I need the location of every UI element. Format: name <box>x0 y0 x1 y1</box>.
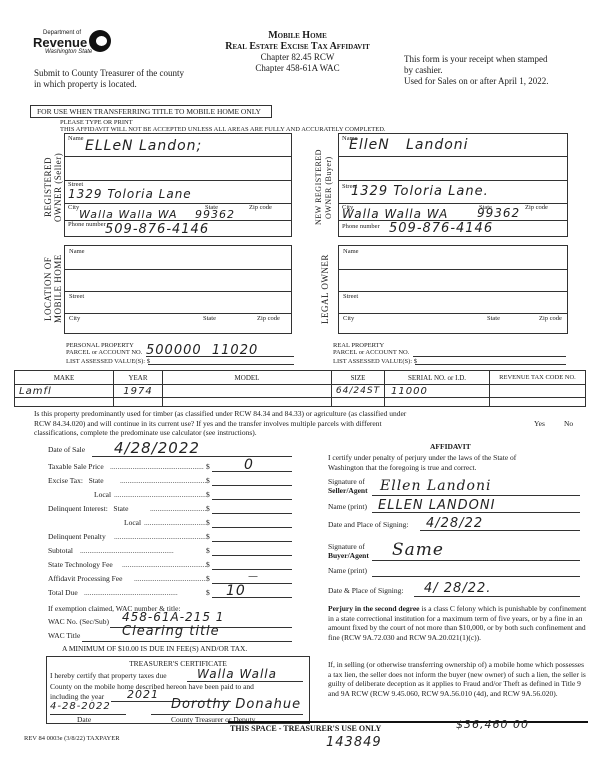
table-row: Lamfl 1974 64/24ST 11000 <box>15 385 586 398</box>
treasurer-receipt-number: 143849 <box>326 735 382 750</box>
date-of-sale-label: Date of Sale <box>48 445 85 454</box>
total-due-row: Total Due...............................… <box>48 588 294 602</box>
real-assessed-field[interactable] <box>415 364 566 365</box>
seller-name-label: Name <box>68 135 84 142</box>
make-cell[interactable] <box>15 398 114 407</box>
mobile-home-only-banner: FOR USE WHEN TRANSFERRING TITLE TO MOBIL… <box>30 105 272 118</box>
location-street-label: Street <box>69 293 84 300</box>
form-title-block: Mobile Home Real Estate Excise Tax Affid… <box>200 30 395 74</box>
form-id-footer: REV 84 0003e (3/8/22) TAXPAYER <box>24 735 120 742</box>
completion-warning: THIS AFFIDAVIT WILL NOT BE ACCEPTED UNLE… <box>60 126 386 133</box>
tax-code-cell[interactable] <box>490 398 586 407</box>
dor-logo: Department of Revenue Washington State <box>33 30 113 60</box>
dollar-sign: $ <box>206 476 210 485</box>
dollar-sign: $ <box>206 504 210 513</box>
row-label: Delinquent Interest: State <box>48 504 128 513</box>
row-label: Local <box>48 518 141 527</box>
delinquent-interest-local-field[interactable] <box>212 527 292 528</box>
mobile-home-table: MAKE YEAR MODEL SIZE SERIAL NO. or I.D. … <box>14 370 586 407</box>
tax-lien-warning: If, in selling (or otherwise transferrin… <box>328 660 588 698</box>
timber-yes-option[interactable]: Yes <box>534 419 545 428</box>
dollar-sign: $ <box>206 546 210 555</box>
column-header-make: MAKE <box>15 371 114 385</box>
legal-owner-box: Name Street City State Zip code <box>338 245 568 334</box>
seller-city-field[interactable]: Walla Walla WA <box>79 208 178 221</box>
treasurer-year-field[interactable]: 2021 <box>127 688 159 701</box>
affidavit-processing-fee-row: Affidavit Processing Fee................… <box>48 574 294 588</box>
buyer-zip-label: Zip code <box>525 204 548 211</box>
table-row <box>15 398 586 407</box>
timber-question-line: Is this property predominantly used for … <box>34 409 484 419</box>
row-label: Total Due <box>48 588 78 597</box>
tax-calc-list: Taxable Sale Price......................… <box>48 462 294 602</box>
timber-question-line: RCW 84.34.020) and will continue in its … <box>34 419 484 429</box>
submit-note-line: in which property is located. <box>34 79 184 90</box>
column-header-size: SIZE <box>332 371 385 385</box>
buyer-phone-field[interactable]: 509-876-4146 <box>389 221 493 236</box>
treasurer-line: I hereby certify that property taxes due <box>50 671 167 680</box>
seller-phone-field[interactable]: 509-876-4146 <box>105 222 209 237</box>
banner-text: FOR USE WHEN TRANSFERRING TITLE TO MOBIL… <box>37 107 261 116</box>
size-cell[interactable]: 64/24ST <box>332 385 385 398</box>
logo-line-state: Washington State <box>45 49 92 55</box>
dollar-sign: $ <box>206 532 210 541</box>
wac-no-field[interactable]: 458-61A-215 1 <box>122 610 224 624</box>
label-line: Signature of <box>328 542 369 551</box>
affidavit-processing-fee-field[interactable]: — <box>248 571 259 582</box>
buyer-section-label: NEW REGISTERED OWNER (Buyer) <box>314 140 334 235</box>
treasurer-use-label: THIS SPACE - TREASURER'S USE ONLY <box>230 724 381 733</box>
row-label: Local <box>48 490 111 499</box>
seller-phone-label: Phone number <box>68 221 106 228</box>
timber-question: Is this property predominantly used for … <box>34 409 484 438</box>
form-title: Mobile Home <box>200 30 395 41</box>
taxable-sale-price-row: Taxable Sale Price......................… <box>48 462 294 476</box>
seller-name-print-field[interactable]: ELLEN LANDONI <box>378 498 495 513</box>
subtotal-row: Subtotal................................… <box>48 546 294 560</box>
chapter-wac: Chapter 458-61A WAC <box>200 63 395 74</box>
label-line: Seller/Agent <box>328 486 368 495</box>
seller-date-place-field[interactable]: 4/28/22 <box>426 516 483 531</box>
buyer-phone-label: Phone number <box>342 223 380 230</box>
treasurer-use-divider <box>228 721 588 723</box>
excise-tax-local-field[interactable] <box>212 499 292 500</box>
location-zip-label: Zip code <box>257 315 280 322</box>
delinquent-interest-local-row: Local...................................… <box>48 518 294 532</box>
treasurer-certificate-box: TREASURER'S CERTIFICATE I hereby certify… <box>46 656 310 724</box>
state-technology-fee-field[interactable] <box>212 569 292 570</box>
taxable-sale-price-field[interactable]: 0 <box>244 457 254 473</box>
affidavit-statement-line: I certify under penalty of perjury under… <box>328 453 516 463</box>
receipt-note-line: This form is your receipt when stamped <box>404 54 548 65</box>
real-property-block: REAL PROPERTY PARCEL or ACCOUNT NO. LIST… <box>333 342 568 365</box>
excise-tax-state-field[interactable] <box>212 485 292 486</box>
receipt-note-line: Used for Sales on or after April 1, 2022… <box>404 76 548 87</box>
location-box: Name Street City State Zip code <box>64 245 292 334</box>
legal-owner-city-label: City <box>343 315 354 322</box>
buyer-name-field[interactable]: ElleN Landoni <box>349 137 469 153</box>
wac-no-label: WAC No. (Sec/Sub) <box>48 617 109 626</box>
buyer-street-field[interactable]: 1329 Toloria Lane. <box>351 184 489 199</box>
seller-name-field[interactable]: ELLeN Landon; <box>85 138 202 154</box>
perjury-warning: Perjury in the second degree is a class … <box>328 604 588 642</box>
treasurer-date-label: Date <box>77 715 91 724</box>
row-label: Excise Tax: State <box>48 476 104 485</box>
seller-name-print-label: Name (print) <box>328 502 367 511</box>
row-label: Subtotal <box>48 546 73 555</box>
legal-owner-name-label: Name <box>343 248 359 255</box>
type-or-print-note: PLEASE TYPE OR PRINT <box>60 119 133 126</box>
form-subtitle: Real Estate Excise Tax Affidavit <box>200 41 395 52</box>
timber-no-option[interactable]: No <box>564 419 573 428</box>
location-city-label: City <box>69 315 80 322</box>
treasurer-date-field[interactable]: 4-28-2022 <box>50 701 111 712</box>
legal-owner-section-label: LEGAL OWNER <box>320 245 330 333</box>
treasurer-amount: $36,460 00 <box>456 718 529 731</box>
wac-title-field[interactable]: Clearing title <box>122 624 220 639</box>
affidavit-title: AFFIDAVIT <box>430 442 471 451</box>
size-cell[interactable] <box>332 398 385 407</box>
date-of-sale-field[interactable]: 4/28/2022 <box>114 439 200 457</box>
section-label-line: NEW REGISTERED <box>314 150 323 226</box>
submit-note-line: Submit to County Treasurer of the county <box>34 68 184 79</box>
affidavit-statement-line: Washington that the foregoing is true an… <box>328 463 516 473</box>
delinquent-penalty-field[interactable] <box>212 541 292 542</box>
dollar-sign: $ <box>206 462 210 471</box>
buyer-city-field[interactable]: Walla Walla WA <box>342 207 448 221</box>
location-state-label: State <box>203 315 216 322</box>
dollar-sign: $ <box>206 560 210 569</box>
section-label-line: OWNER (Seller) <box>53 153 63 222</box>
excise-tax-state-row: Excise Tax: State.......................… <box>48 476 294 490</box>
serial-cell[interactable] <box>385 398 490 407</box>
tax-code-cell[interactable] <box>490 385 586 398</box>
real-property-label: REAL PROPERTY <box>333 342 568 349</box>
section-label-line: LOCATION OF <box>43 257 53 321</box>
table-header-row: MAKE YEAR MODEL SIZE SERIAL NO. or I.D. … <box>15 371 586 385</box>
make-cell[interactable]: Lamfl <box>15 385 114 398</box>
buyer-signature-field[interactable]: Same <box>392 540 444 560</box>
subtotal-field[interactable] <box>212 555 292 556</box>
column-header-model: MODEL <box>163 371 332 385</box>
real-parcel-label: PARCEL or ACCOUNT NO. <box>333 349 568 356</box>
submit-note: Submit to County Treasurer of the county… <box>34 68 184 90</box>
model-cell[interactable] <box>163 398 332 407</box>
excise-tax-local-row: Local...................................… <box>48 490 294 504</box>
personal-property-block: PERSONAL PROPERTY PARCEL or ACCOUNT NO. … <box>66 342 296 365</box>
timber-question-line: classifications, complete the predominat… <box>34 428 484 438</box>
seller-signature-label: Signature of Seller/Agent <box>328 477 368 495</box>
perjury-warning-bold: Perjury in the second degree <box>328 604 420 613</box>
receipt-note-line: by cashier. <box>404 65 548 76</box>
section-label-line: MOBILE HOME <box>53 255 63 324</box>
personal-parcel-field[interactable]: 500000 11020 <box>146 343 258 358</box>
buyer-date-place-field[interactable]: 4/ 28/22. <box>424 581 491 596</box>
legal-owner-zip-label: Zip code <box>539 315 562 322</box>
seller-box: Name ELLeN Landon; Street 1329 Toloria L… <box>64 133 292 237</box>
section-label-line: LEGAL OWNER <box>320 254 330 324</box>
minimum-due-note: A MINIMUM OF $10.00 IS DUE IN FEE(S) AND… <box>62 644 247 653</box>
row-label: Affidavit Processing Fee <box>48 574 122 583</box>
buyer-zip-field[interactable]: 99362 <box>477 206 520 220</box>
wac-title-label: WAC Title <box>48 631 80 640</box>
dor-swirl-icon <box>89 30 111 52</box>
dollar-sign: $ <box>206 588 210 597</box>
location-name-field[interactable] <box>95 248 285 268</box>
column-header-tax-code: REVENUE TAX CODE NO. <box>490 371 586 385</box>
buyer-name-print-label: Name (print) <box>328 566 367 575</box>
affidavit-statement: I certify under penalty of perjury under… <box>328 453 516 473</box>
logo-line-revenue: Revenue <box>33 36 87 49</box>
label-line: Signature of <box>328 477 368 486</box>
seller-city-label: City <box>68 204 79 211</box>
seller-zip-field[interactable]: 99362 <box>195 208 235 221</box>
column-header-serial: SERIAL NO. or I.D. <box>385 371 490 385</box>
seller-zip-label: Zip code <box>249 204 272 211</box>
location-street-field[interactable] <box>95 293 285 311</box>
total-due-field[interactable]: 10 <box>226 583 246 599</box>
treasurer-county-field[interactable]: Walla Walla <box>197 667 277 681</box>
seller-section-label: REGISTERED OWNER (Seller) <box>43 140 63 235</box>
row-label: Delinquent Penalty <box>48 532 106 541</box>
treasurer-line: including the year <box>50 692 104 701</box>
real-parcel-field[interactable] <box>413 356 566 357</box>
location-name-label: Name <box>69 248 85 255</box>
delinquent-interest-state-row: Delinquent Interest: State..............… <box>48 504 294 518</box>
label-line: Buyer/Agent <box>328 551 369 560</box>
location-section-label: LOCATION OF MOBILE HOME <box>43 245 63 333</box>
delinquent-interest-state-field[interactable] <box>212 513 292 514</box>
year-cell[interactable]: 1974 <box>114 385 163 398</box>
buyer-name-print-field[interactable] <box>372 576 580 577</box>
section-label-line: REGISTERED <box>43 158 53 218</box>
delinquent-penalty-row: Delinquent Penalty......................… <box>48 532 294 546</box>
seller-signature-field[interactable]: Ellen Landoni <box>380 478 491 494</box>
treasurer-signature-field[interactable]: Dorothy Donahue <box>171 697 301 712</box>
legal-owner-street-label: Street <box>343 293 358 300</box>
legal-owner-state-label: State <box>487 315 500 322</box>
row-label: State Technology Fee <box>48 560 113 569</box>
model-cell[interactable] <box>163 385 332 398</box>
dollar-sign: $ <box>206 574 210 583</box>
buyer-date-place-label: Date & Place of Signing: <box>328 586 403 595</box>
section-label-line: OWNER (Buyer) <box>324 156 333 219</box>
year-cell[interactable] <box>114 398 163 407</box>
chapter-rcw: Chapter 82.45 RCW <box>200 52 395 63</box>
buyer-signature-label: Signature of Buyer/Agent <box>328 542 369 560</box>
row-label: Taxable Sale Price <box>48 462 104 471</box>
seller-street-field[interactable]: 1329 Toloria Lane <box>68 187 192 201</box>
column-header-year: YEAR <box>114 371 163 385</box>
legal-owner-street-field[interactable] <box>369 293 559 311</box>
serial-cell[interactable]: 11000 <box>385 385 490 398</box>
legal-owner-name-field[interactable] <box>369 248 559 268</box>
receipt-note: This form is your receipt when stamped b… <box>404 54 548 87</box>
buyer-box: Name ElleN Landoni Street 1329 Toloria L… <box>338 133 568 237</box>
dollar-sign: $ <box>206 518 210 527</box>
seller-date-place-label: Date and Place of Signing: <box>328 520 408 529</box>
dollar-sign: $ <box>206 490 210 499</box>
